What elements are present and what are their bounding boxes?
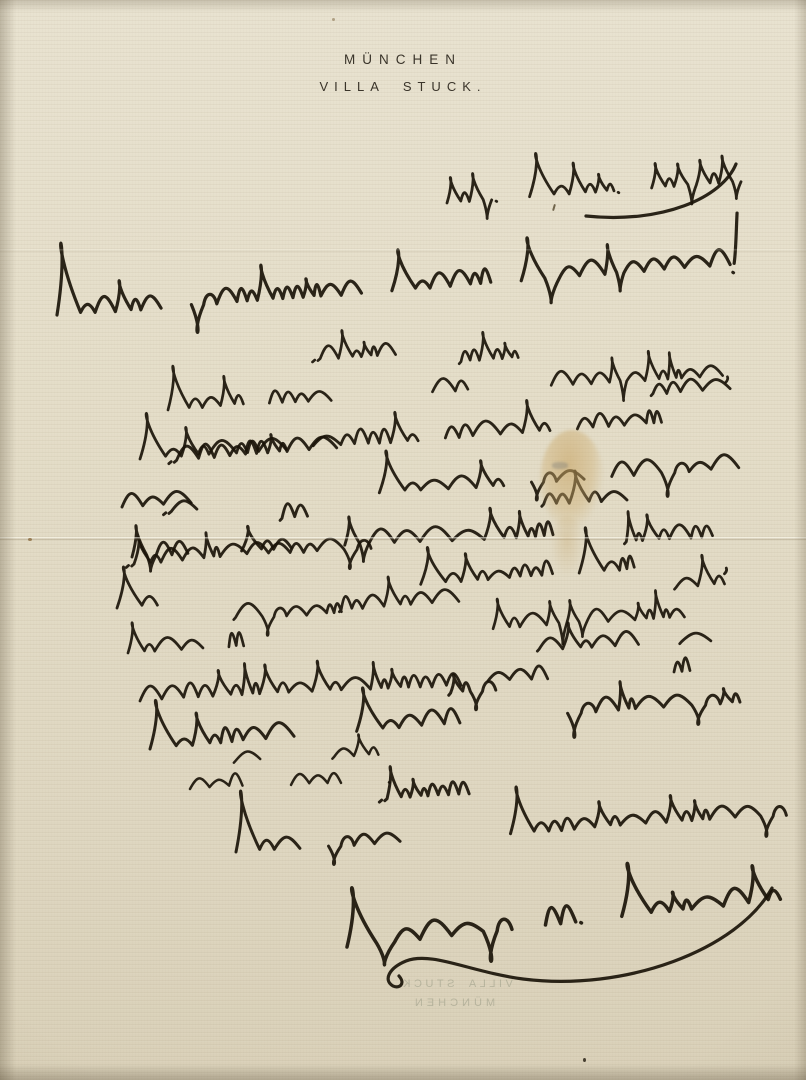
handwriting-body-8 [146,650,742,775]
paper-speck [583,1058,586,1062]
handwriting-date-flourish [586,164,736,217]
handwriting-signature-flourish [388,888,772,987]
paper-speck [28,538,32,541]
handwriting-layer [0,0,806,1080]
handwriting-date [444,139,742,221]
handwriting-body-9 [188,733,390,793]
letter-photo: MÜNCHEN VILLA STUCK. VILLA STUCK. MÜNCHE… [0,0,806,1080]
handwriting-body-1 [163,304,728,433]
paper-speck [332,18,335,21]
handwriting-closing [231,739,788,873]
handwriting-salutation [52,196,743,342]
handwriting-body-7 [137,615,712,702]
handwriting-body-5 [112,497,727,617]
handwriting-signature [341,843,784,976]
